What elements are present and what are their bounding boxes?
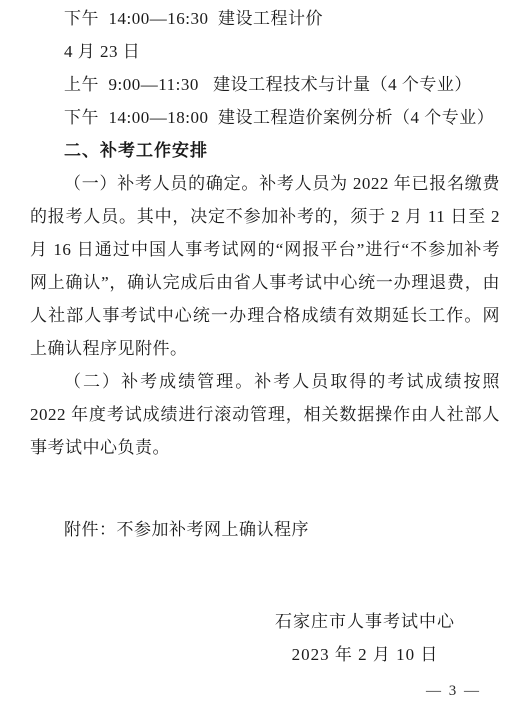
document-content: 下午 14:00—16:30 建设工程计价 4 月 23 日 上午 9:00—1…: [30, 2, 500, 671]
schedule-line-pm-case-analysis: 下午 14:00—18:00 建设工程造价案例分析（4 个专业）: [30, 101, 500, 134]
signature-block: 石家庄市人事考试中心 2023 年 2 月 10 日: [30, 605, 455, 671]
signature-org: 石家庄市人事考试中心: [275, 605, 455, 638]
paragraph-makeup-candidates: （一）补考人员的确定。补考人员为 2022 年已报名缴费的报考人员。其中，决定不…: [30, 167, 500, 365]
schedule-date-line: 4 月 23 日: [30, 35, 500, 68]
schedule-line-am-measurement: 上午 9:00—11:30 建设工程技术与计量（4 个专业）: [30, 68, 500, 101]
attachment-line: 附件：不参加补考网上确认程序: [30, 513, 500, 546]
paragraph-score-management: （二）补考成绩管理。补考人员取得的考试成绩按照 2022 年度考试成绩进行滚动管…: [30, 365, 500, 464]
schedule-line-pm-pricing: 下午 14:00—16:30 建设工程计价: [30, 2, 500, 35]
section-heading: 二、补考工作安排: [30, 134, 500, 167]
document-page: 下午 14:00—16:30 建设工程计价 4 月 23 日 上午 9:00—1…: [0, 0, 531, 708]
signature-inner: 石家庄市人事考试中心 2023 年 2 月 10 日: [275, 605, 455, 671]
page-number: — 3 —: [426, 683, 481, 700]
signature-date: 2023 年 2 月 10 日: [275, 638, 455, 671]
